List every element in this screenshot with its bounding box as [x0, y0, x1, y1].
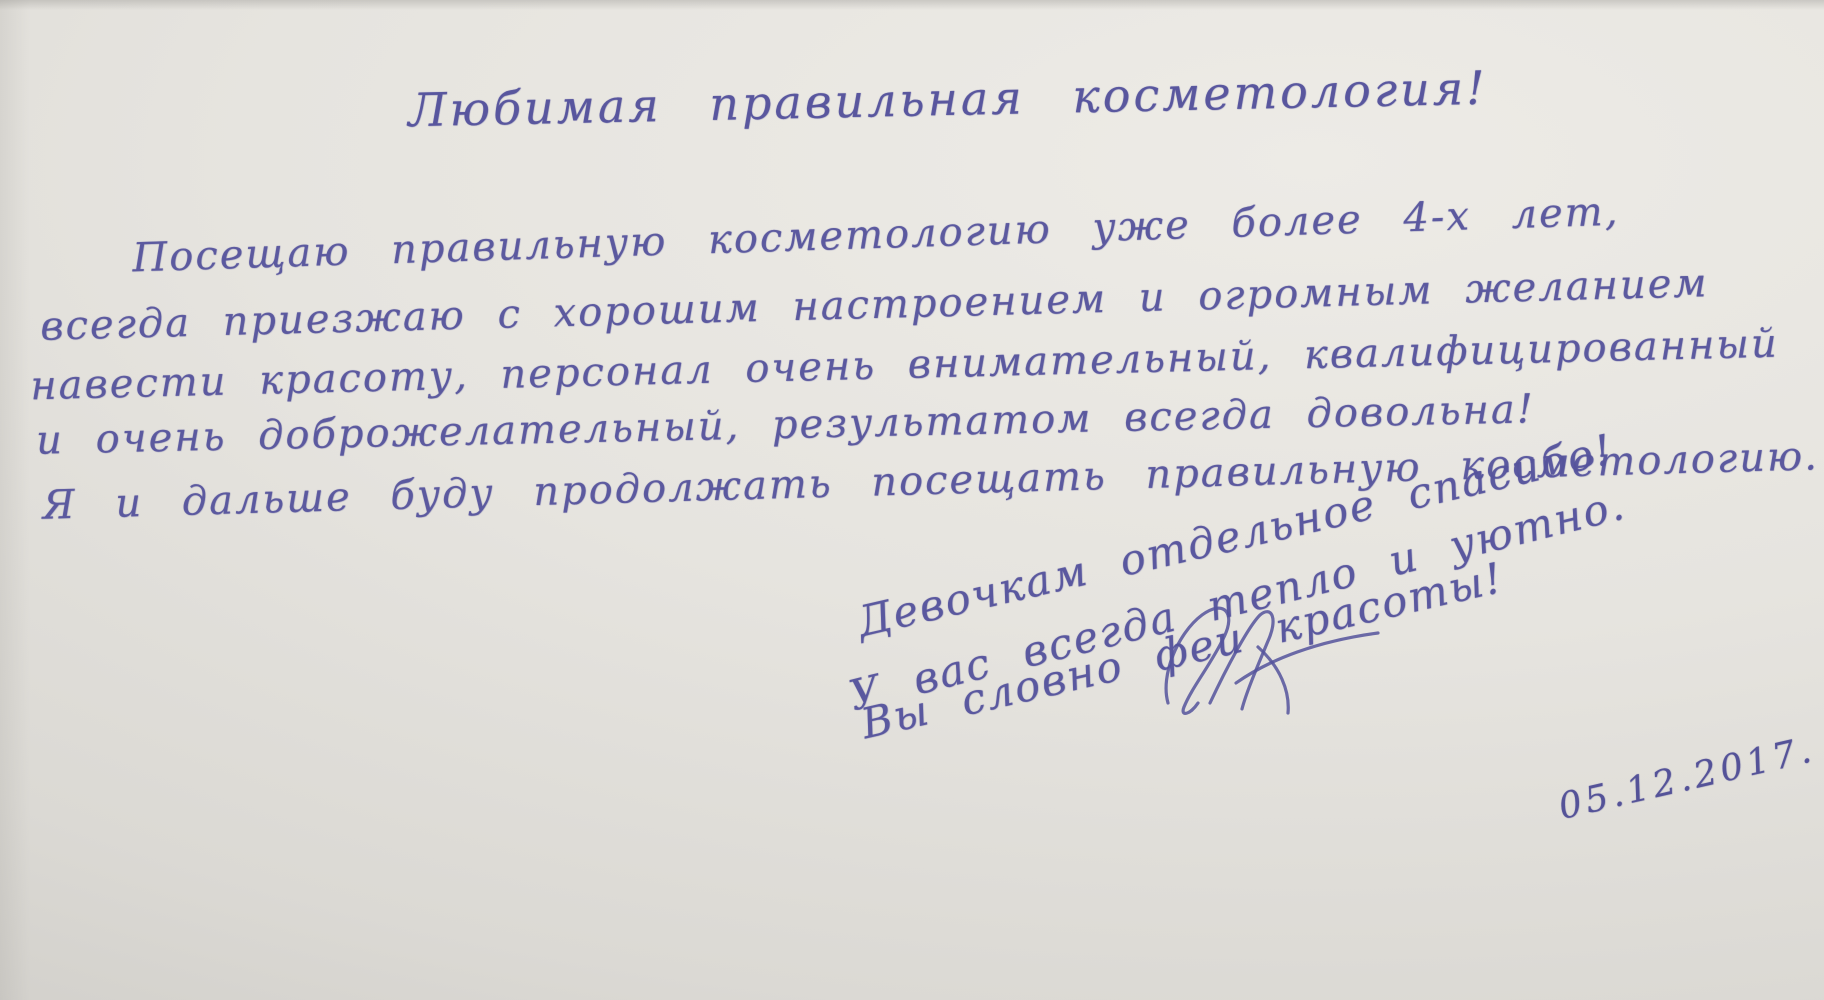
note-title: Любимая правильная косметология! — [408, 61, 1489, 138]
note-date: 05.12.2017. — [1555, 729, 1819, 828]
handwritten-note-photo: Любимая правильная косметология! Посещаю… — [0, 0, 1824, 1000]
signature-flourish-icon — [1140, 575, 1390, 725]
